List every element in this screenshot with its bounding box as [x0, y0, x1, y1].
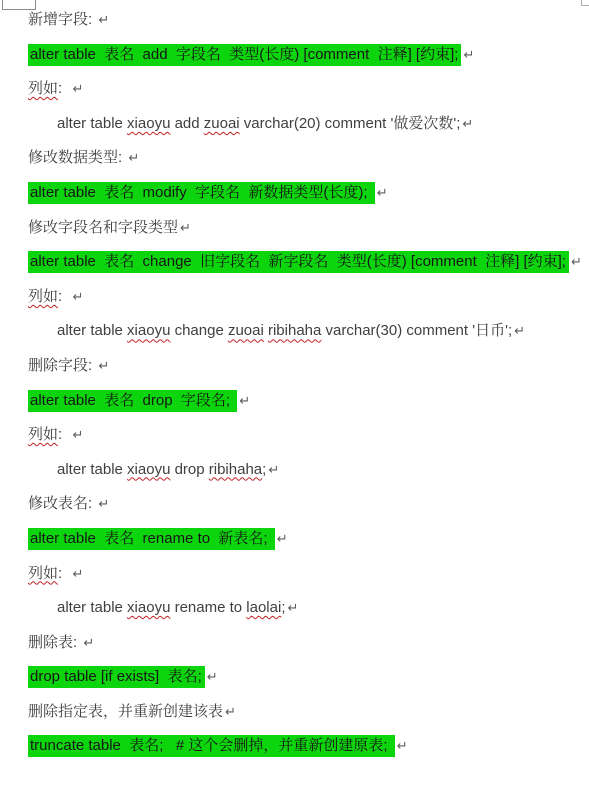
example-drop-field[interactable]: alter table xiaoyu drop ribihaha;↵ — [28, 459, 584, 480]
text-run: drop — [170, 461, 208, 478]
paragraph-mark-icon: ↵ — [397, 739, 408, 754]
text-run: 修改表名: — [28, 495, 96, 512]
paragraph-mark-icon: ↵ — [73, 290, 84, 305]
highlighted-sql-text: alter table 表名 add 字段名 类型(长度) [comment 注… — [28, 44, 461, 66]
paragraph-mark-icon: ↵ — [73, 567, 84, 582]
sql-drop-table[interactable]: drop table [if exists] 表名;↵ — [28, 666, 584, 687]
example-add-field[interactable]: alter table xiaoyu add zuoai varchar(20)… — [28, 113, 584, 134]
text-run: varchar(30) comment '日币'; — [321, 322, 512, 339]
text-run: 删除表: — [28, 634, 81, 651]
text-run: 修改数据类型: — [28, 149, 126, 166]
text-run: add — [170, 115, 203, 132]
example-rename-table[interactable]: alter table xiaoyu rename to laolai;↵ — [28, 597, 584, 618]
paragraph-mark-icon: ↵ — [571, 255, 582, 270]
spellcheck-flagged-word: xiaoyu — [127, 322, 170, 339]
paragraph-mark-icon: ↵ — [180, 221, 191, 236]
paragraph-mark-icon: ↵ — [98, 359, 109, 374]
paragraph-mark-icon: ↵ — [73, 82, 84, 97]
text-run: 删除指定表，并重新创建该表 — [28, 703, 223, 720]
paragraph-mark-icon: ↵ — [73, 428, 84, 443]
document-body: 新增字段: ↵alter table 表名 add 字段名 类型(长度) [co… — [28, 9, 584, 770]
heading-drop-table[interactable]: 删除表: ↵ — [28, 632, 584, 653]
spellcheck-flagged-word: laolai — [246, 599, 281, 616]
text-run: 删除字段: — [28, 357, 96, 374]
document-page[interactable]: 新增字段: ↵alter table 表名 add 字段名 类型(长度) [co… — [0, 0, 589, 787]
paragraph-mark-icon: ↵ — [463, 48, 474, 63]
paragraph-mark-icon: ↵ — [128, 151, 139, 166]
text-run: rename to — [170, 599, 246, 616]
text-run: alter table — [57, 322, 127, 339]
text-run: ; — [262, 461, 266, 478]
heading-add-field[interactable]: 新增字段: ↵ — [28, 9, 584, 30]
spellcheck-flagged-word: 列如 — [28, 80, 58, 97]
text-run: alter table — [57, 599, 127, 616]
paragraph-mark-icon: ↵ — [462, 117, 473, 132]
spellcheck-flagged-word: 列如 — [28, 288, 58, 305]
paragraph-mark-icon: ↵ — [377, 186, 388, 201]
spellcheck-flagged-word: xiaoyu — [127, 115, 170, 132]
paragraph-mark-icon: ↵ — [225, 705, 236, 720]
page-corner-marker-right-icon — [581, 0, 589, 6]
spellcheck-flagged-word: ribihaha — [268, 322, 321, 339]
text-run: ; — [281, 599, 285, 616]
sql-change-field[interactable]: alter table 表名 change 旧字段名 新字段名 类型(长度) [… — [28, 251, 584, 272]
text-run: : — [58, 288, 71, 305]
spellcheck-flagged-word: ribihaha — [209, 461, 262, 478]
heading-modify-datatype[interactable]: 修改数据类型: ↵ — [28, 147, 584, 168]
example-label-2[interactable]: 列如: ↵ — [28, 286, 584, 307]
spellcheck-flagged-word: 列如 — [28, 565, 58, 582]
highlighted-sql-text: alter table 表名 modify 字段名 新数据类型(长度); — [28, 182, 375, 204]
highlighted-sql-text: alter table 表名 drop 字段名; — [28, 390, 237, 412]
spellcheck-flagged-word: 列如 — [28, 426, 58, 443]
paragraph-mark-icon: ↵ — [98, 497, 109, 512]
paragraph-mark-icon: ↵ — [277, 532, 288, 547]
sql-truncate-table[interactable]: truncate table 表名; # 这个会删掉，并重新创建原表; ↵ — [28, 735, 584, 756]
sql-rename-table[interactable]: alter table 表名 rename to 新表名; ↵ — [28, 528, 584, 549]
heading-truncate-table[interactable]: 删除指定表，并重新创建该表↵ — [28, 701, 584, 722]
paragraph-mark-icon: ↵ — [287, 601, 298, 616]
spellcheck-flagged-word: zuoai — [228, 322, 264, 339]
sql-drop-field[interactable]: alter table 表名 drop 字段名; ↵ — [28, 390, 584, 411]
text-run: : — [58, 565, 71, 582]
example-label-1[interactable]: 列如: ↵ — [28, 78, 584, 99]
text-run: varchar(20) comment '做爱次数'; — [240, 115, 461, 132]
paragraph-mark-icon: ↵ — [239, 394, 250, 409]
sql-modify-datatype[interactable]: alter table 表名 modify 字段名 新数据类型(长度); ↵ — [28, 182, 584, 203]
spellcheck-flagged-word: xiaoyu — [127, 599, 170, 616]
text-run: alter table — [57, 461, 127, 478]
example-change-field[interactable]: alter table xiaoyu change zuoai ribihaha… — [28, 320, 584, 341]
paragraph-mark-icon: ↵ — [268, 463, 279, 478]
sql-add-field[interactable]: alter table 表名 add 字段名 类型(长度) [comment 注… — [28, 44, 584, 65]
paragraph-mark-icon: ↵ — [514, 324, 525, 339]
text-run: 修改字段名和字段类型 — [28, 219, 178, 236]
highlighted-sql-text: drop table [if exists] 表名; — [28, 666, 205, 688]
heading-drop-field[interactable]: 删除字段: ↵ — [28, 355, 584, 376]
paragraph-mark-icon: ↵ — [98, 13, 109, 28]
example-label-4[interactable]: 列如: ↵ — [28, 563, 584, 584]
spellcheck-flagged-word: zuoai — [204, 115, 240, 132]
text-run: change — [170, 322, 228, 339]
text-run: alter table — [57, 115, 127, 132]
example-label-3[interactable]: 列如: ↵ — [28, 424, 584, 445]
heading-rename-table[interactable]: 修改表名: ↵ — [28, 493, 584, 514]
highlighted-sql-text: alter table 表名 rename to 新表名; — [28, 528, 275, 550]
highlighted-sql-text: alter table 表名 change 旧字段名 新字段名 类型(长度) [… — [28, 251, 569, 273]
paragraph-mark-icon: ↵ — [83, 636, 94, 651]
paragraph-mark-icon: ↵ — [207, 670, 218, 685]
highlighted-sql-text: truncate table 表名; # 这个会删掉，并重新创建原表; — [28, 735, 395, 757]
text-run: : — [58, 426, 71, 443]
text-run: 新增字段: — [28, 11, 96, 28]
text-run: : — [58, 80, 71, 97]
heading-change-field[interactable]: 修改字段名和字段类型↵ — [28, 217, 584, 238]
spellcheck-flagged-word: xiaoyu — [127, 461, 170, 478]
